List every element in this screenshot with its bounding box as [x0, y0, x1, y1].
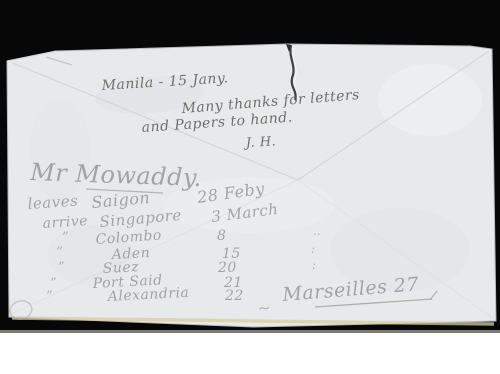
- ditto-dots: ..: [313, 224, 321, 238]
- ditto-dots: :: [312, 258, 316, 272]
- envelope-photo: Manila - 15 Jany. Many thanks for letter…: [0, 0, 500, 374]
- itinerary-value: 20: [217, 260, 237, 276]
- ink-signature: J. H.: [242, 134, 276, 151]
- itinerary-prefix: leaves: [27, 191, 79, 212]
- photo-baseline: [0, 330, 500, 333]
- itinerary-prefix: ”: [62, 230, 69, 245]
- itinerary-prefix: ”: [58, 260, 65, 275]
- photo-page: Manila - 15 Jany. Many thanks for letter…: [0, 0, 500, 374]
- itinerary-prefix: ”: [46, 289, 53, 304]
- ditto-dots: :: [311, 242, 315, 256]
- page-margin: [0, 333, 500, 374]
- itinerary-prefix: ”: [56, 245, 63, 260]
- itinerary-value: 8: [217, 228, 226, 244]
- pencil-flourish: ~: [256, 298, 271, 318]
- itinerary-value: 22: [224, 288, 244, 304]
